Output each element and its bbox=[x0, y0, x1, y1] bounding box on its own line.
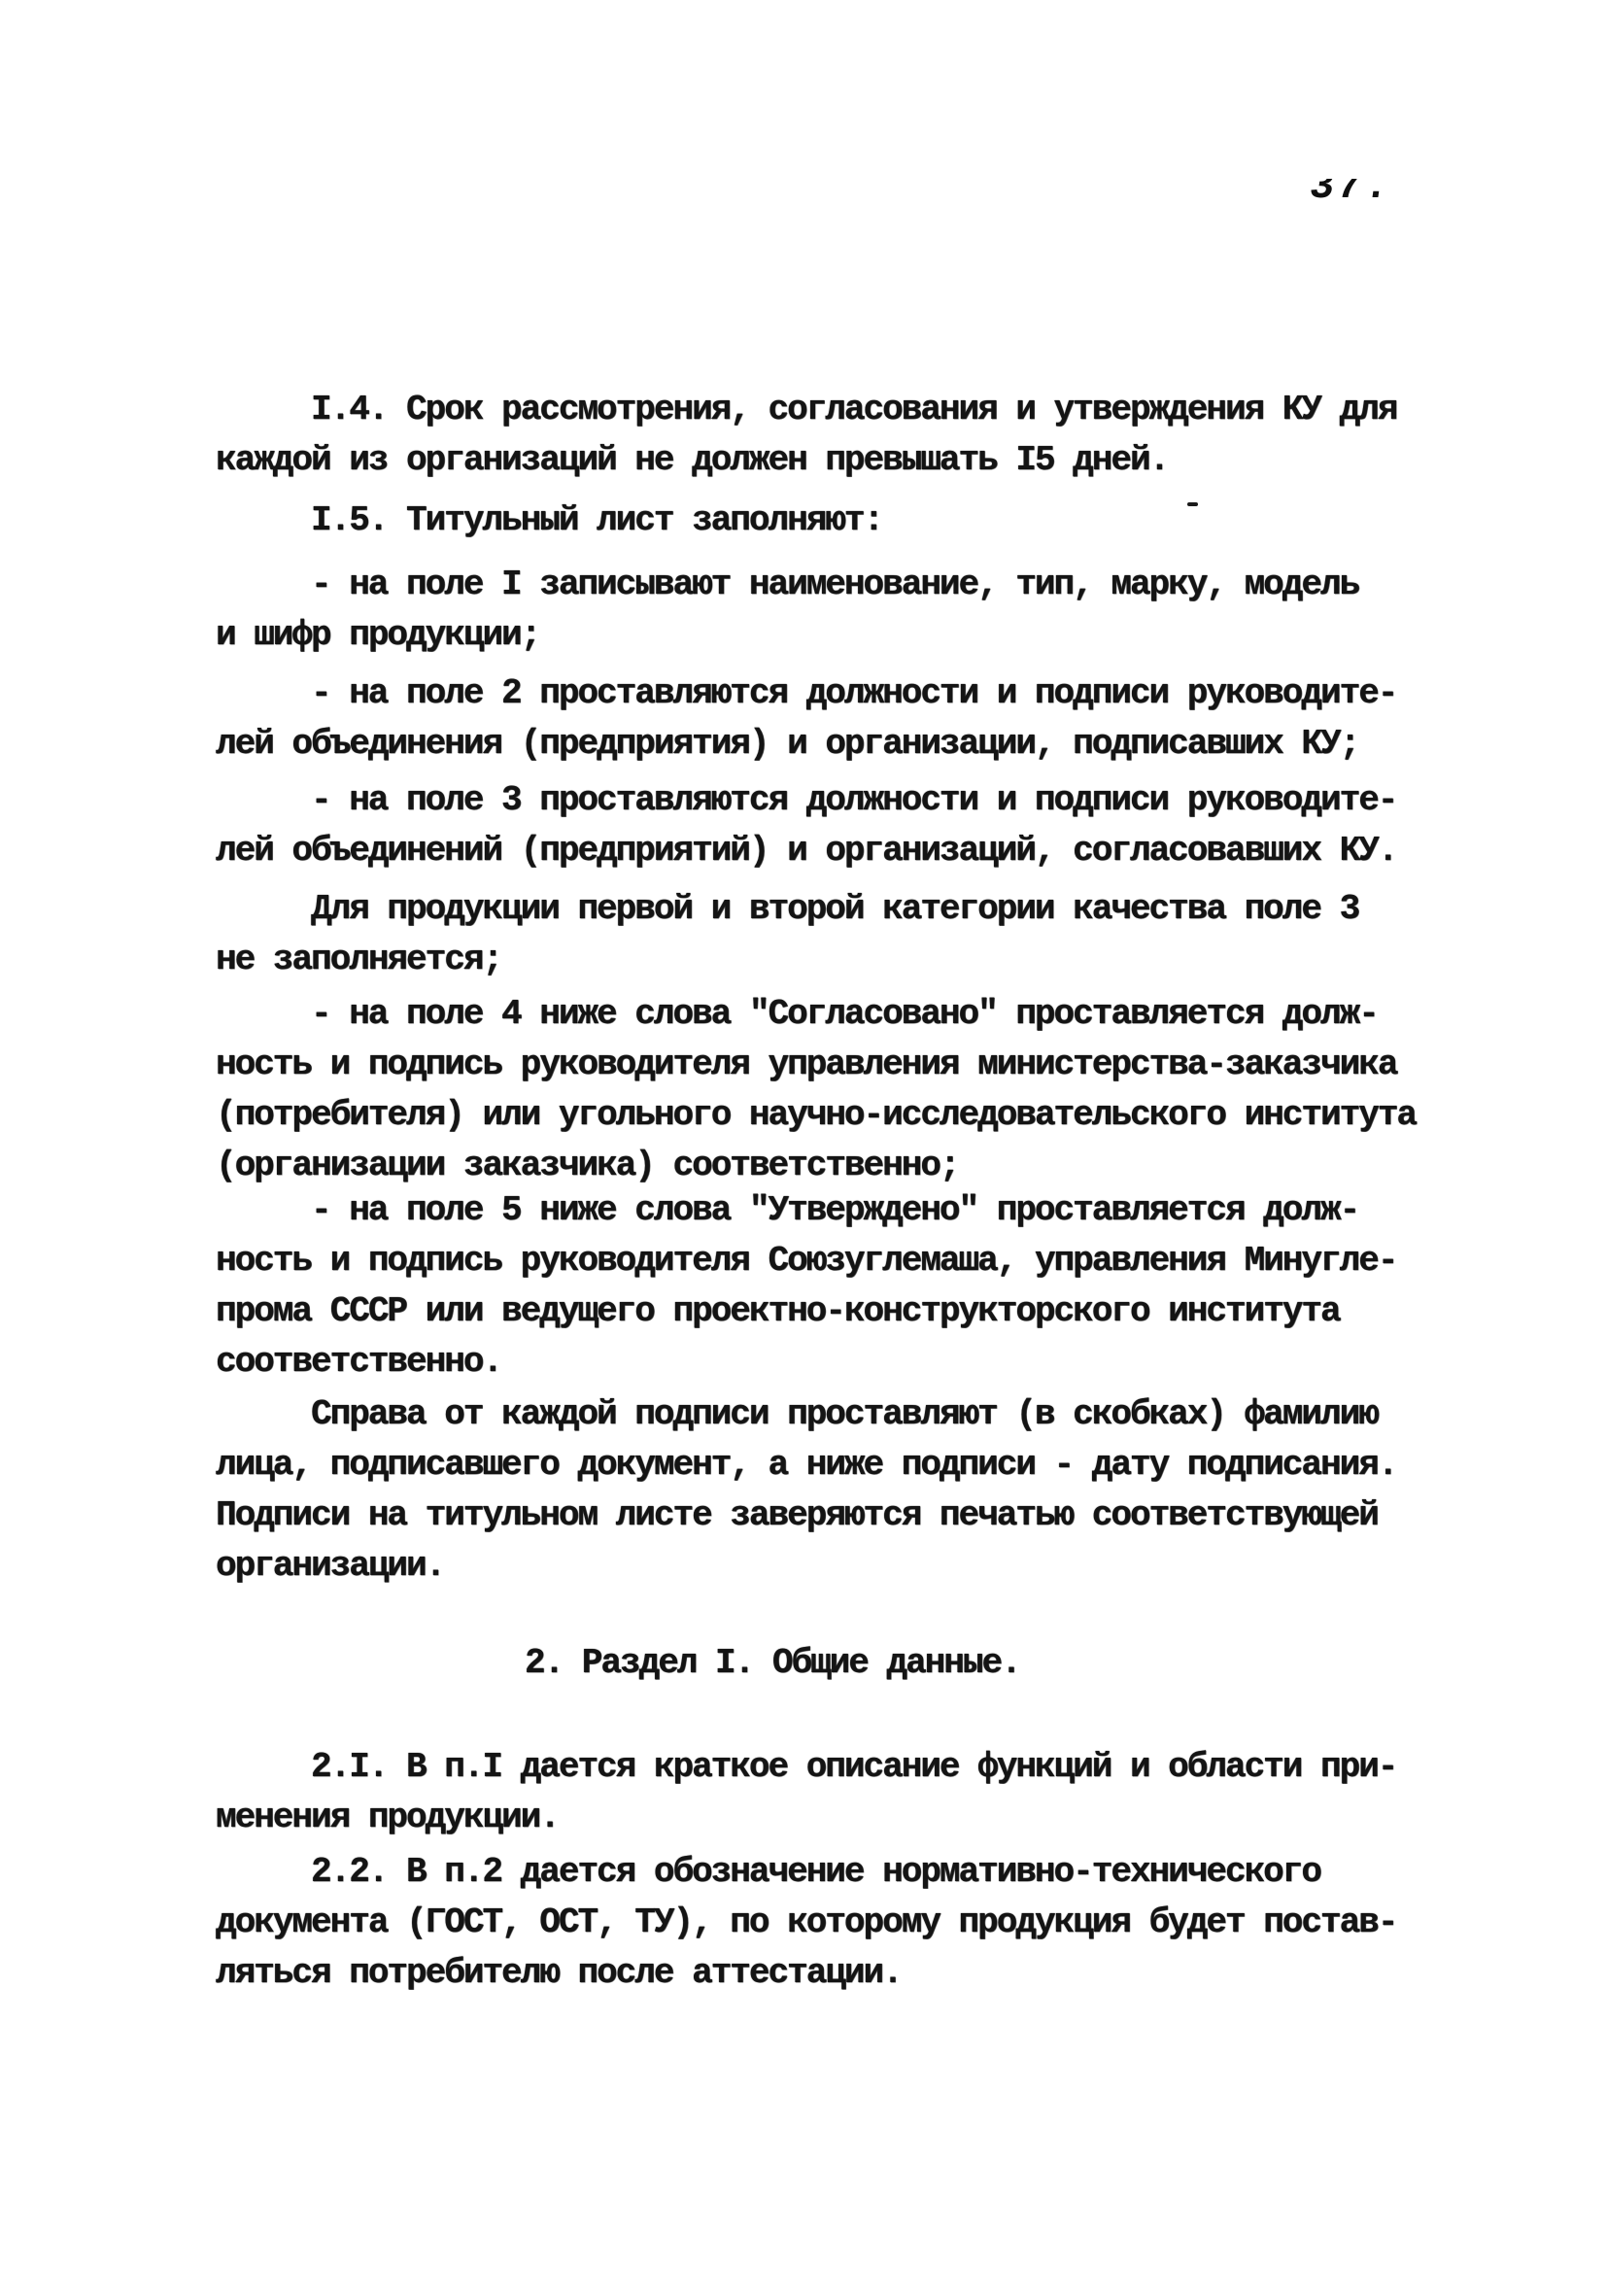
text-line: - на поле I записывают наименование, тип… bbox=[216, 560, 1358, 610]
text-line: I.5. Титульный лист заполняют: bbox=[216, 496, 882, 546]
text-line: Справа от каждой подписи проставляют (в … bbox=[216, 1389, 1396, 1440]
text-line: лей объединения (предприятия) и организа… bbox=[216, 719, 1396, 770]
text-line: каждой из организаций не должен превышат… bbox=[216, 435, 1396, 486]
text-line: 2.2. В п.2 дается обозначение нормативно… bbox=[216, 1847, 1396, 1898]
text-line: документа (ГОСТ, ОСТ, ТУ), по которому п… bbox=[216, 1898, 1396, 1948]
text-line: I.4. Срок рассмотрения, согласования и у… bbox=[216, 385, 1396, 435]
paragraph-2-2: 2.2. В п.2 дается обозначение нормативно… bbox=[216, 1847, 1396, 1999]
text-line: соответственно. bbox=[216, 1337, 1396, 1388]
page-number: 37. bbox=[1310, 179, 1392, 214]
text-line: (организации заказчика) соответственно; bbox=[216, 1141, 1416, 1191]
text-line: - на поле 5 ниже слова "Утверждено" прос… bbox=[216, 1185, 1396, 1236]
paragraph-1-5: I.5. Титульный лист заполняют: bbox=[216, 496, 882, 546]
bullet-field-4: - на поле 4 ниже слова "Согласовано" про… bbox=[216, 989, 1416, 1191]
bullet-field-5: - на поле 5 ниже слова "Утверждено" прос… bbox=[216, 1185, 1396, 1388]
text-line: ляться потребителю после аттестации. bbox=[216, 1948, 1396, 1999]
page-number-text: 37. bbox=[1310, 179, 1392, 210]
paragraph-quality-categories: Для продукции первой и второй категории … bbox=[216, 884, 1358, 985]
text-line: и шифр продукции; bbox=[216, 610, 1358, 661]
ink-speck bbox=[1187, 502, 1198, 506]
text-line: лица, подписавшего документ, а ниже подп… bbox=[216, 1440, 1396, 1491]
text-line: Для продукции первой и второй категории … bbox=[216, 884, 1358, 935]
text-line: 2.I. В п.I дается краткое описание функц… bbox=[216, 1742, 1396, 1793]
text-line: Подписи на титульном листе заверяются пе… bbox=[216, 1491, 1396, 1541]
text-line: - на поле 3 проставляются должности и по… bbox=[216, 775, 1396, 826]
scanned-document-page: 37. I.4. Срок рассмотрения, согласования… bbox=[0, 0, 1607, 2296]
section-heading: 2. Раздел I. Общие данные. bbox=[525, 1638, 1020, 1689]
paragraph-signatures: Справа от каждой подписи проставляют (в … bbox=[216, 1389, 1396, 1592]
text-line: не заполняется; bbox=[216, 935, 1358, 985]
text-line: - на поле 4 ниже слова "Согласовано" про… bbox=[216, 989, 1416, 1040]
text-line: ность и подпись руководителя Союзуглемаш… bbox=[216, 1236, 1396, 1286]
text-line: - на поле 2 проставляются должности и по… bbox=[216, 668, 1396, 719]
text-line: организации. bbox=[216, 1541, 1396, 1592]
bullet-field-3: - на поле 3 проставляются должности и по… bbox=[216, 775, 1396, 876]
text-line: лей объединений (предприятий) и организа… bbox=[216, 826, 1396, 876]
bullet-field-1: - на поле I записывают наименование, тип… bbox=[216, 560, 1358, 661]
text-line: прома СССР или ведущего проектно-констру… bbox=[216, 1286, 1396, 1337]
text-line: ность и подпись руководителя управления … bbox=[216, 1040, 1416, 1090]
paragraph-1-4: I.4. Срок рассмотрения, согласования и у… bbox=[216, 385, 1396, 486]
text-line: (потребителя) или угольного научно-иссле… bbox=[216, 1090, 1416, 1141]
text-line: менения продукции. bbox=[216, 1793, 1396, 1843]
paragraph-2-1: 2.I. В п.I дается краткое описание функц… bbox=[216, 1742, 1396, 1843]
heading-line: 2. Раздел I. Общие данные. bbox=[525, 1638, 1020, 1689]
bullet-field-2: - на поле 2 проставляются должности и по… bbox=[216, 668, 1396, 770]
